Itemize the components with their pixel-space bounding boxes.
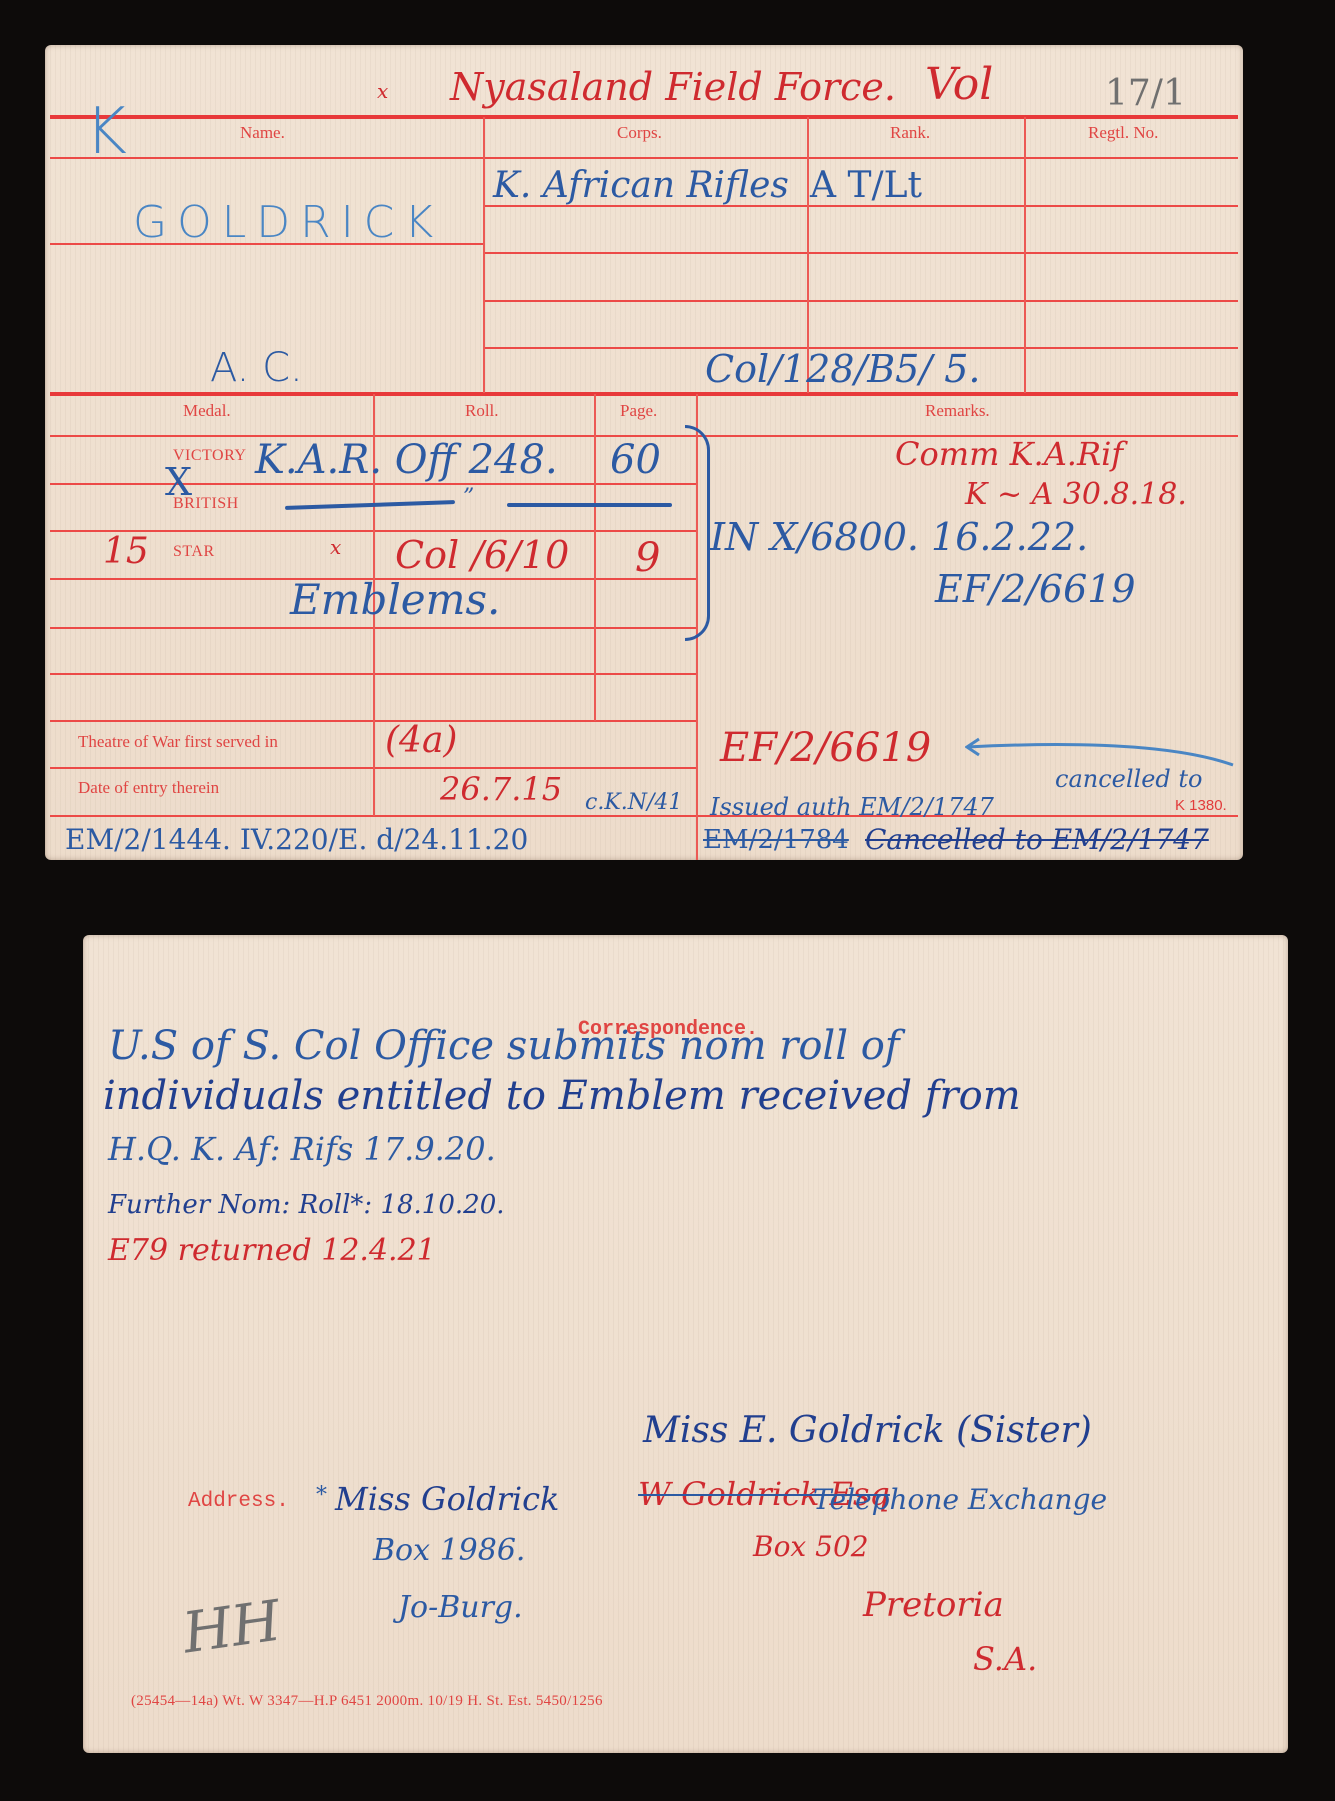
correspondence-line-4: Further Nom: Roll*: 18.10.20. — [108, 1190, 505, 1220]
pencil-mark: 17/1 — [1105, 73, 1186, 114]
address-left-line-3: Jo-Burg. — [398, 1590, 523, 1625]
address-left-line-1: Miss Goldrick — [335, 1480, 559, 1518]
roll-value: K.A.R. Off 248. — [255, 437, 558, 483]
theatre-note: Nyasaland Field Force. — [450, 65, 896, 109]
rule-bottom — [50, 815, 1238, 817]
date-value: 26.7.15 — [440, 770, 562, 808]
rank-value: A T/Lt — [810, 165, 922, 206]
rule — [485, 300, 1238, 302]
medal-label: BRITISH — [173, 495, 239, 513]
remarks-header-label: Remarks. — [925, 401, 990, 421]
remarks-line-4: EF/2/6619 — [935, 567, 1136, 611]
divider-name-corps — [483, 117, 485, 393]
header-rank-label: Rank. — [890, 123, 930, 143]
remarks-line-1: Comm K.A.Rif — [895, 435, 1123, 473]
address-mark: * — [316, 1483, 327, 1508]
emblems-note: Emblems. — [290, 575, 500, 624]
reference-value: Col/128/B5/ 5. — [705, 347, 980, 391]
address-right-line-3: Box 502 — [753, 1530, 869, 1563]
address-left-line-2: Box 1986. — [373, 1533, 525, 1568]
address-right-line-2: Telephone Exchange — [813, 1483, 1107, 1516]
divider-roll-page — [594, 394, 596, 721]
footer-cknv: c.K.N/41 — [585, 790, 682, 815]
header-mark: x — [377, 79, 388, 103]
ditto-line — [285, 500, 455, 510]
roll-ditto: ” — [463, 485, 474, 510]
theatre-label: Theatre of War first served in — [78, 732, 278, 752]
corps-value: K. African Rifles — [493, 165, 789, 206]
correspondence-line-3: H.Q. K. Af: Rifs 17.9.20. — [108, 1130, 496, 1168]
medal-index-card-back: Correspondence. U.S of S. Col Office sub… — [83, 935, 1288, 1753]
status-note: Vol — [925, 59, 993, 110]
rule — [50, 157, 1238, 159]
rule-mid-heavy — [50, 392, 1238, 396]
star-mark: x — [330, 535, 341, 559]
header-name-label: Name. — [240, 123, 285, 143]
divider-rank-regtl — [1024, 117, 1026, 393]
roll-value: Col /6/10 — [395, 533, 569, 577]
star-count: 15 — [103, 531, 149, 572]
page-value: 9 — [635, 535, 660, 581]
print-code: (25454—14a) Wt. W 3347—H.P 6451 2000m. 1… — [131, 1693, 603, 1710]
initials: A. C. — [210, 345, 303, 391]
footer-issue-note: Issued auth EM/2/1747 — [710, 793, 994, 821]
brace-right — [685, 425, 710, 641]
correspondence-line-1: U.S of S. Col Office submits nom roll of — [108, 1023, 900, 1069]
address-label: Address. — [188, 1490, 289, 1513]
page-value: 60 — [610, 437, 661, 483]
pencil-initials: HH — [179, 1589, 285, 1667]
date-label: Date of entry therein — [78, 778, 219, 798]
footer-struck-ref: EM/2/1784 — [703, 825, 849, 855]
corner-letter: K — [85, 95, 127, 169]
correspondence-line-2: individuals entitled to Emblem received … — [103, 1073, 1021, 1119]
roll-header-label: Roll. — [465, 401, 499, 421]
remarks-line-2: K ~ A 30.8.18. — [965, 477, 1187, 512]
k-stamp: K 1380. — [1175, 797, 1227, 814]
ditto-line — [507, 503, 672, 507]
address-right-line-5: S.A. — [973, 1640, 1037, 1678]
correspondence-line-5: E79 returned 12.4.21 — [108, 1233, 436, 1268]
header-corps-label: Corps. — [617, 123, 662, 143]
footer-em-ref: EM/2/1444. IV.220/E. d/24.11.20 — [65, 823, 528, 856]
page-header-label: Page. — [620, 401, 657, 421]
address-right-line-1: Miss E. Goldrick (Sister) — [643, 1410, 1092, 1451]
ef-reference: EF/2/6619 — [720, 725, 931, 771]
header-regtl-label: Regtl. No. — [1088, 123, 1158, 143]
medal-header-label: Medal. — [183, 401, 231, 421]
medal-label: STAR — [173, 543, 215, 561]
rule — [485, 252, 1238, 254]
remarks-line-3: IN X/6800. 16.2.22. — [710, 515, 1088, 559]
theatre-value: (4a) — [385, 720, 457, 761]
medal-index-card-front: Name. Corps. Rank. Regtl. No. K x Nyasal… — [45, 45, 1243, 860]
footer-cancelled-struck: Cancelled to EM/2/1747 — [865, 823, 1209, 856]
address-right-line-4: Pretoria — [863, 1585, 1004, 1625]
rule-top-heavy — [50, 115, 1238, 119]
surname: GOLDRICK — [133, 197, 443, 248]
footer-cancelled-note: cancelled to — [1055, 765, 1203, 793]
